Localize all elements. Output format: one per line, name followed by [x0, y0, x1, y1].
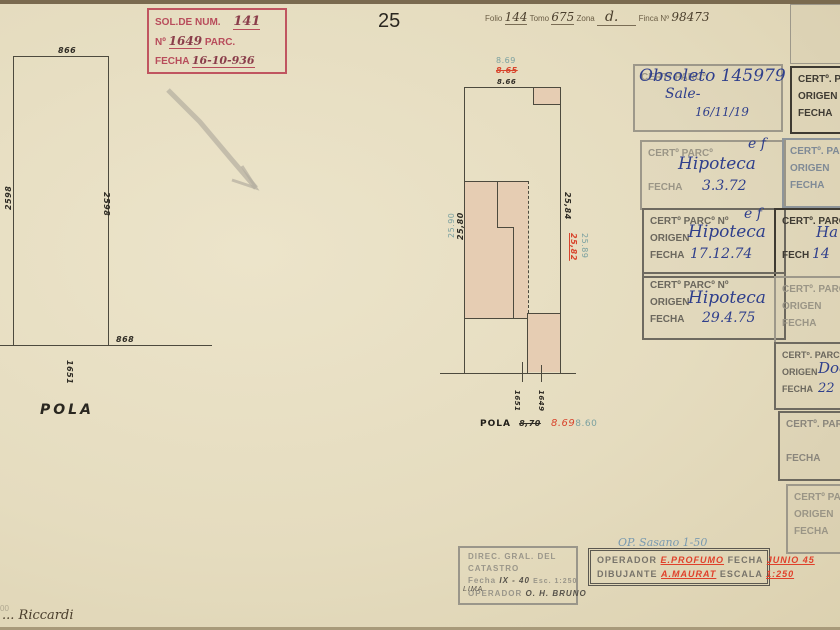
left-street-line — [0, 345, 212, 346]
cadastral-sheet: SOL.DE NUM. 141 Nº 1649 PARC. FECHA 16-1… — [0, 0, 840, 630]
tomo-value: 675 — [551, 10, 574, 25]
cert-handwriting: 14 — [812, 246, 830, 263]
cert-handwriting: e f — [748, 136, 766, 153]
corner-mark: 00 — [0, 604, 9, 613]
right-lot-1649: 1649 — [537, 390, 545, 411]
op-fecha-label: FECHA — [728, 555, 764, 565]
finca-value: 98473 — [671, 10, 709, 24]
front-dim-teal: 8.60 — [575, 419, 597, 429]
right-top-dim-teal: 8.69 — [496, 56, 516, 65]
cert-title: CERTº. PARC — [786, 416, 840, 433]
cert-stamp-10: CERTº PAR ORIGEN FECHA — [786, 484, 840, 554]
dibujante-value: A.MAURAT — [661, 569, 716, 579]
tomo-label: Tomo — [530, 14, 550, 23]
escala-label: ESCALA — [720, 569, 763, 579]
cert-stamp-2: CERTº PARCº FECHA e f Hipoteca 3.3.72 — [640, 140, 786, 210]
cert-handwriting: e f — [744, 206, 762, 223]
north-arrow-icon — [160, 80, 270, 200]
parc-prefix: Nº — [155, 37, 166, 48]
left-top-dim: 866 — [58, 46, 76, 55]
folio-label: Folio — [485, 14, 502, 23]
cert-stamp-5: CERTº. PARCº FECH Ha 14 — [774, 208, 840, 278]
cert-origen: ORIGEN — [798, 88, 840, 105]
cert-stamp-0: CERTº PARCº Obsoleto 145979 Sale- 16/11/… — [633, 64, 783, 132]
right-top-dim-red: 8.65 — [496, 66, 518, 75]
escala-value: 1:250 — [766, 569, 794, 579]
right-right-dim-teal: 25.89 — [580, 233, 589, 258]
cert-title: CERTº PAR — [794, 489, 840, 506]
front-dim-black: 8,70 — [519, 419, 541, 428]
finca-label: Finca Nº — [639, 14, 669, 23]
cert-handwriting: Doc — [818, 360, 840, 377]
registry-header: Folio 144 Tomo 675 Zona d. Finca Nº 9847… — [485, 9, 710, 25]
tick-1651 — [522, 362, 523, 382]
folio-value: 144 — [505, 10, 528, 25]
cert-origen: ORIGEN — [794, 506, 840, 523]
left-lot-top-line — [14, 56, 109, 57]
op-fecha-value: JUNIO 45 — [767, 555, 815, 565]
sol-value: 141 — [233, 14, 260, 30]
building-front-right — [528, 313, 560, 372]
cert-fecha: FECH — [782, 247, 840, 264]
catastro-title: DIREC. GRAL. DEL CATASTRO — [468, 551, 568, 575]
cert-handwriting: 17.12.74 — [690, 246, 752, 263]
signature: ... Riccardi — [2, 608, 73, 623]
cert-fecha: FECHA — [794, 523, 840, 540]
fecha-label: FECHA — [155, 56, 189, 67]
cert-stamp-6: CERTº PARCº Nº ORIGEN FECHA Hipoteca 29.… — [642, 272, 786, 340]
right-street-line — [440, 373, 576, 374]
building-corner — [533, 87, 561, 105]
parc-row: Nº 1649 PARC. — [155, 34, 235, 48]
cert-origen: ORIGEN — [782, 298, 840, 315]
tick-1649 — [541, 365, 542, 382]
right-street-name: POLA — [480, 419, 511, 429]
right-left-dim-teal: 25.90 — [447, 213, 456, 238]
operador-value: E.PROFUMO — [661, 555, 725, 565]
cert-handwriting: Ha — [816, 224, 838, 241]
cert-fecha: FECHA — [786, 450, 840, 467]
catastro-fecha-label: Fecha — [468, 576, 496, 585]
zona-value: d. — [597, 9, 636, 26]
solicitud-stamp: SOL.DE NUM. 141 Nº 1649 PARC. FECHA 16-1… — [147, 8, 287, 74]
cert-stamp-1: CERTº. PARCº ORIGEN FECHA — [790, 66, 840, 134]
cert-fecha: FECHA — [790, 177, 840, 194]
right-lot-top-line — [465, 87, 561, 88]
top-edge — [0, 0, 840, 4]
cert-origen: ORIGEN — [790, 160, 840, 177]
party-wall-dashed — [528, 181, 529, 313]
cert-handwriting: 29.4.75 — [702, 310, 755, 327]
cert-stamp-9: CERTº. PARC FECHA — [778, 411, 840, 481]
building-inner-h — [497, 227, 513, 228]
cert-stamp-8: CERTº. PARCº. N ORIGEN FECHA Doc 22 — [774, 342, 840, 410]
front-dim-red: 8.69 — [551, 418, 575, 429]
sol-label: SOL.DE NUM. — [155, 17, 221, 28]
front-building-top-line — [528, 313, 561, 314]
building-main-a — [465, 181, 497, 319]
fecha-row: FECHA 16-10-936 — [155, 54, 255, 67]
building-inner-v — [497, 181, 498, 228]
cert-stamp-7: CERTº. PARCº ORIGEN FECHA — [774, 276, 840, 344]
catastro-location: LIMA — [463, 586, 483, 593]
cert-stamp-faint-top — [790, 4, 840, 64]
operator-stamp: OPERADOR E.PROFUMO FECHA JUNIO 45 DIBUJA… — [588, 548, 770, 586]
lot-division-line — [527, 313, 528, 373]
right-top-dim-black: 8.66 — [497, 78, 516, 86]
left-lot-number: 1651 — [65, 360, 74, 384]
sol-row: SOL.DE NUM. 141 — [155, 14, 260, 29]
parc-value: 1649 — [169, 34, 202, 49]
cert-fecha: FECHA — [782, 315, 840, 332]
cert-handwriting: Obsoleto 145979 — [639, 68, 786, 85]
left-right-dim: 2598 — [102, 192, 111, 216]
fecha-value: 16-10-936 — [192, 54, 255, 68]
cert-handwriting: 22 — [818, 380, 835, 397]
building-bottom-line — [465, 318, 528, 319]
parc-label: PARC. — [205, 37, 235, 48]
catastro-escala: Esc. 1:250 — [533, 578, 577, 585]
cert-handwriting: Sale- — [665, 86, 700, 103]
right-left-dim-black: 25,80 — [456, 212, 465, 240]
cert-title: CERTº. PARCº — [790, 143, 840, 160]
cert-handwriting: Hipoteca — [678, 156, 756, 173]
cert-title: CERTº. PARCº — [798, 71, 840, 88]
operador-label: OPERADOR — [597, 555, 657, 565]
cert-handwriting: 16/11/19 — [695, 104, 749, 121]
left-bottom-dim: 868 — [116, 335, 134, 344]
cert-stamp-4: CERTº PARCº Nº ORIGEN FECHA e f Hipoteca… — [642, 208, 786, 278]
right-street-row: POLA 8,70 8.698.60 — [480, 418, 597, 429]
cert-title: CERTº. PARCº — [782, 281, 840, 298]
dibujante-label: DIBUJANTE — [597, 569, 658, 579]
cert-handwriting: 3.3.72 — [702, 178, 747, 195]
right-lot-1651: 1651 — [513, 390, 521, 411]
right-right-dim-red: 25,82 — [569, 233, 578, 261]
left-left-dim: 2598 — [4, 186, 13, 210]
cert-handwriting: Hipoteca — [688, 224, 766, 241]
left-street-name: POLA — [40, 402, 94, 418]
cert-stamp-3: CERTº. PARCº ORIGEN FECHA — [782, 138, 840, 208]
right-right-dim-black: 25,84 — [563, 192, 572, 220]
catastro-fecha-value: IX - 40 — [499, 576, 530, 585]
building-inner-v2 — [513, 227, 514, 319]
catastro-operador-value: O. H. BRUNO — [525, 589, 586, 598]
right-lot-right-line — [560, 87, 561, 373]
cert-fecha: FECHA — [798, 105, 840, 122]
page-number: 25 — [378, 10, 400, 33]
catastro-stamp: DIREC. GRAL. DEL CATASTRO Fecha IX - 40 … — [458, 546, 578, 605]
zona-label: Zona — [577, 14, 595, 23]
cert-handwriting: Hipoteca — [688, 290, 766, 307]
left-lot-left-line — [13, 56, 14, 346]
